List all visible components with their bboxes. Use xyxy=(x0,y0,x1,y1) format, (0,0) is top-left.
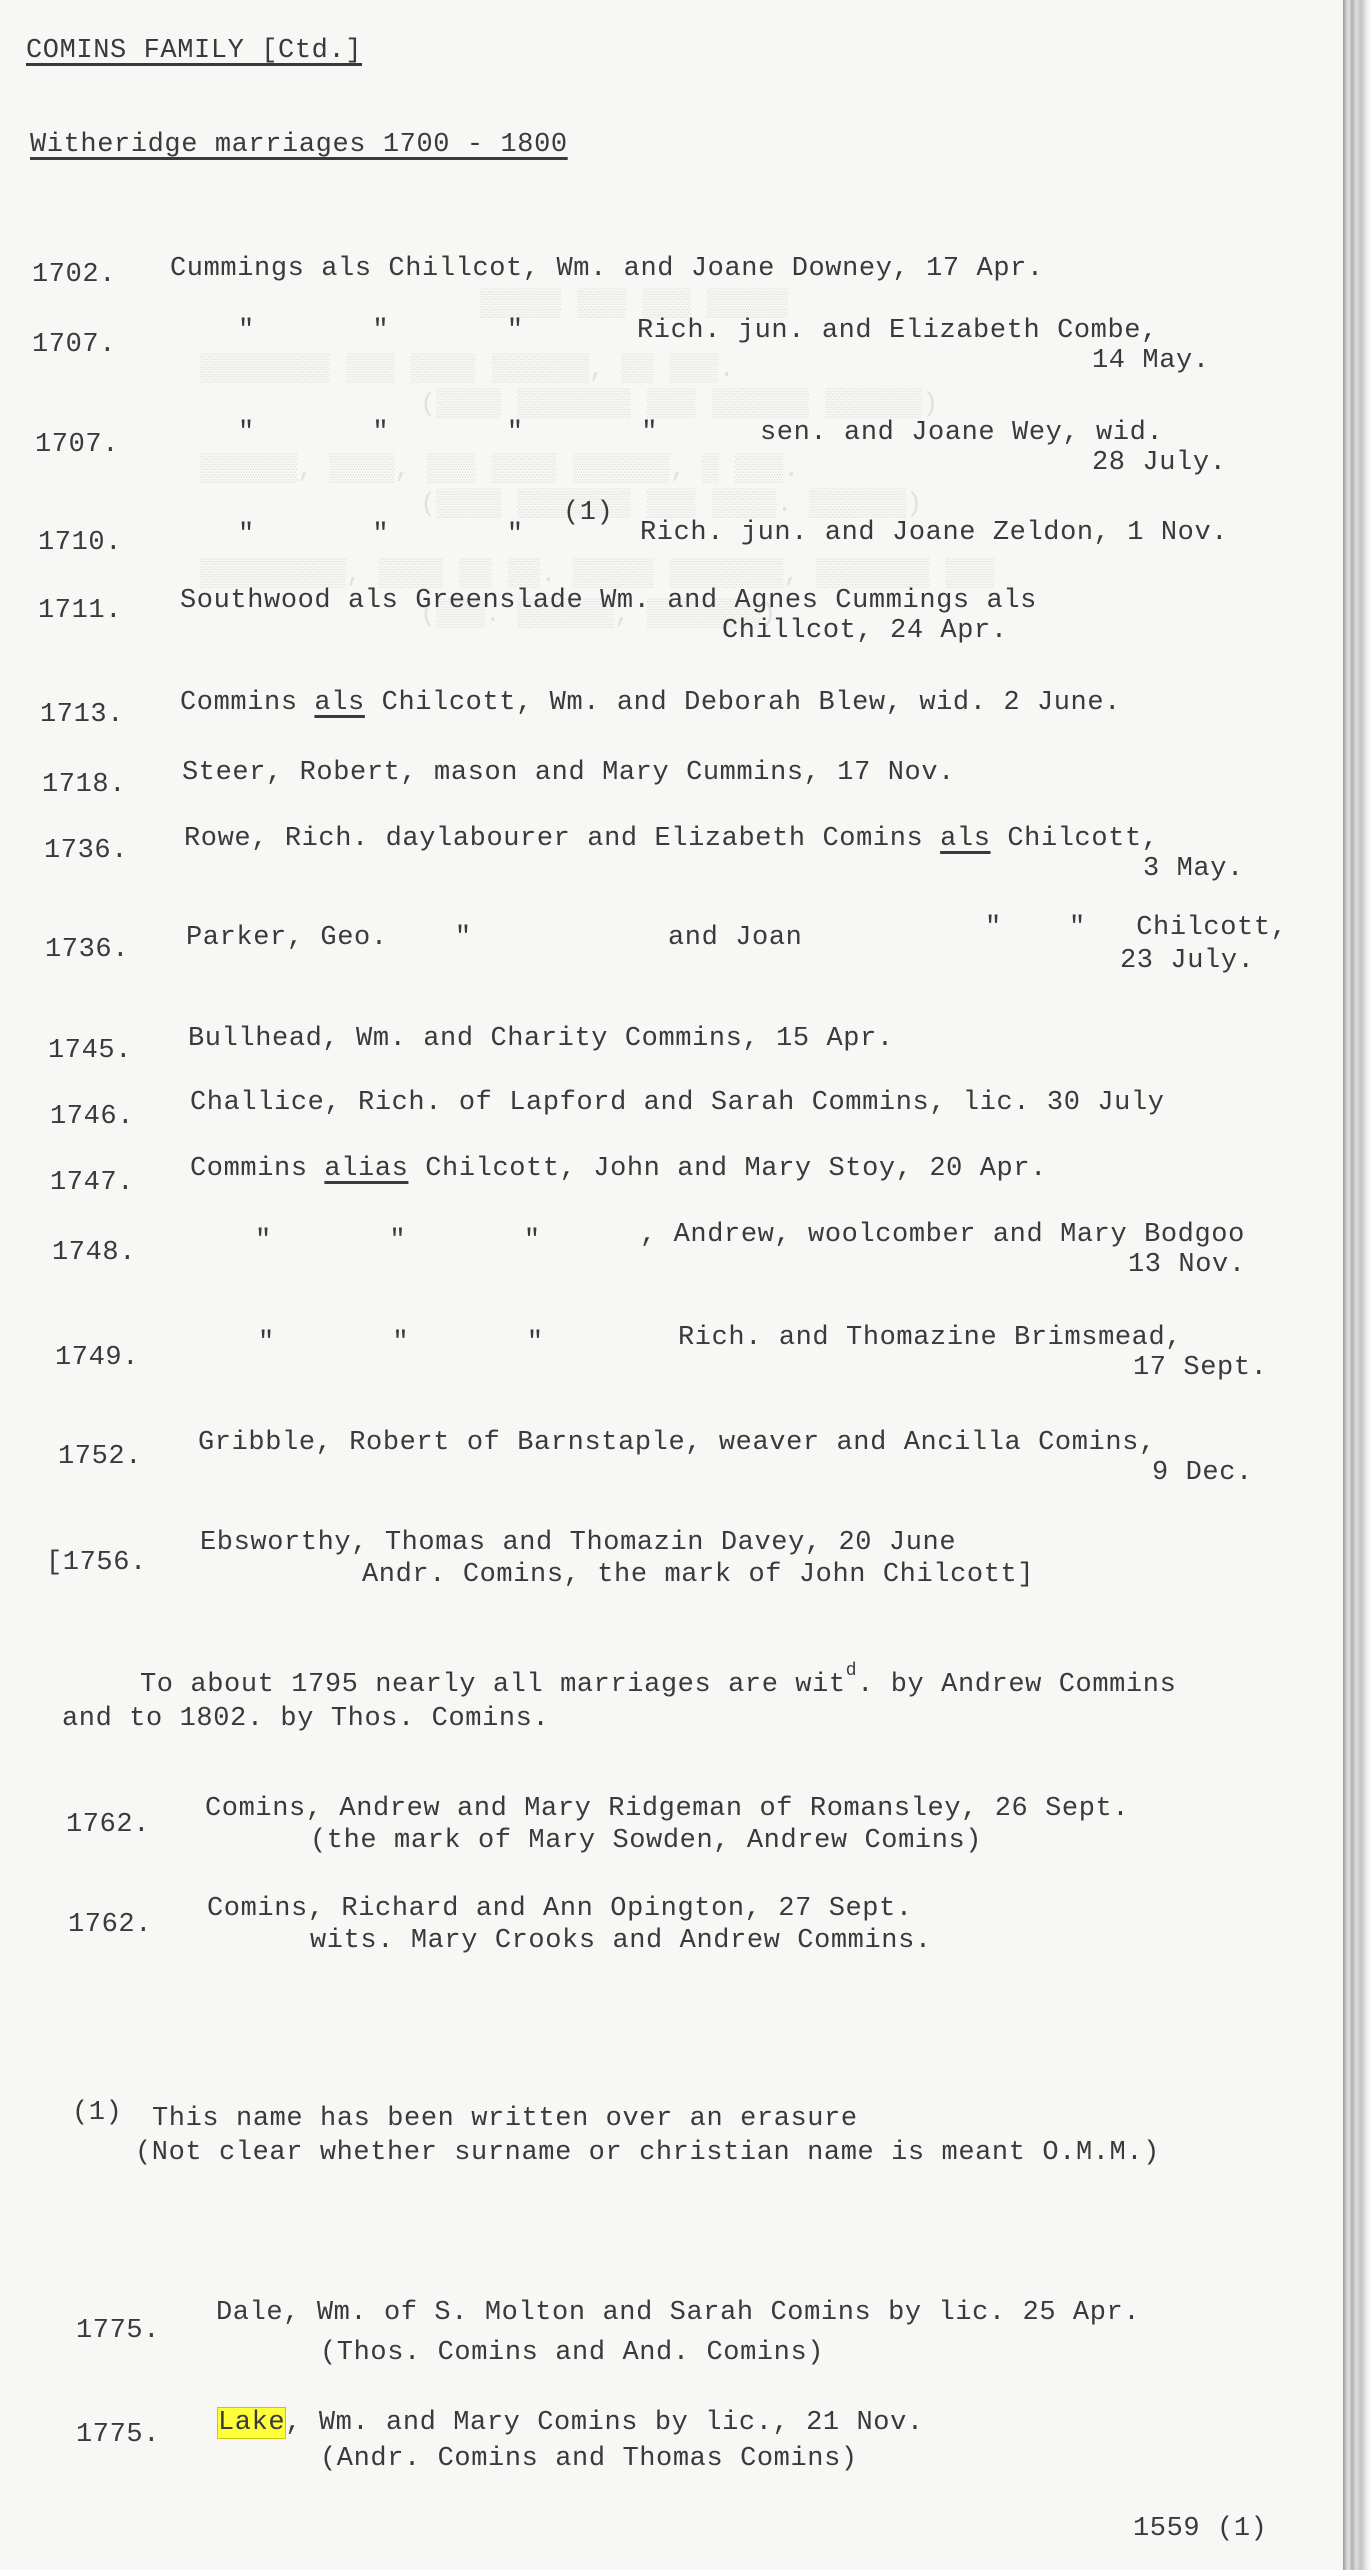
entry-text: and Joan xyxy=(668,925,802,952)
entry-text: Challice, Rich. of Lapford and Sarah Com… xyxy=(190,1090,1165,1117)
bleed-through: (▒▒▒▒ ▒▒▒▒▒▒▒ ▒▒▒ ▒▒▒▒▒▒ ▒▒▒▒▒▒) xyxy=(420,390,938,420)
page-title: COMINS FAMILY [Ctd.] xyxy=(26,38,362,65)
entry-year: 1707. xyxy=(32,332,116,359)
entry-witnesses: (Andr. Comins and Thomas Comins) xyxy=(320,2446,858,2473)
footnote-line-2: (Not clear whether surname or christian … xyxy=(135,2140,1160,2167)
entry-text: Dale, Wm. of S. Molton and Sarah Comins … xyxy=(216,2300,1140,2327)
entry-year: 1752. xyxy=(58,1444,142,1471)
ditto-marks: " " " xyxy=(238,318,524,345)
bleed-through: ▒▒▒▒▒▒▒▒ ▒▒▒ ▒▒▒▒ ▒▒▒▒▒▒, ▒▒ ▒▒▒. xyxy=(200,355,735,385)
entry-text-continued: Andr. Comins, the mark of John Chilcott] xyxy=(362,1562,1034,1589)
ditto-marks: " " " xyxy=(255,1228,541,1255)
entry-text: Rowe, Rich. daylabourer and Elizabeth Co… xyxy=(184,826,1159,853)
entry-year: 1718. xyxy=(42,772,126,799)
entry-year: 1713. xyxy=(40,702,124,729)
entry-text: Southwood als Greenslade Wm. and Agnes C… xyxy=(180,588,1037,615)
entry-year: 1702. xyxy=(32,262,116,289)
entry-witnesses: wits. Mary Crooks and Andrew Commins. xyxy=(310,1928,932,1955)
entry-text: Gribble, Robert of Barnstaple, weaver an… xyxy=(198,1430,1156,1457)
entry-year: [1756. xyxy=(46,1550,147,1577)
entry-text: , Andrew, woolcomber and Mary Bodgoo xyxy=(640,1222,1245,1249)
entry-date: 28 July. xyxy=(1092,450,1226,477)
entry-witnesses: (the mark of Mary Sowden, Andrew Comins) xyxy=(310,1828,982,1855)
entry-year: 1707. xyxy=(35,432,119,459)
entry-year: 1762. xyxy=(66,1812,150,1839)
bleed-through: (▒▒▒▒ ▒▒▒▒▒▒▒ ▒▒▒ ▒▒▒▒. ▒▒▒▒▒▒) xyxy=(420,490,922,520)
entry-year: 1745. xyxy=(48,1038,132,1065)
entry-date: 23 July. xyxy=(1120,948,1254,975)
footnote-ref: (1) xyxy=(563,500,613,527)
entry-text: Bullhead, Wm. and Charity Commins, 15 Ap… xyxy=(188,1026,894,1053)
page-number: 1559 (1) xyxy=(1133,2516,1267,2543)
entry-year: 1762. xyxy=(68,1912,152,1939)
entry-year: 1749. xyxy=(55,1345,139,1372)
ditto-marks: " " " xyxy=(258,1330,544,1357)
footnote-marker: (1) xyxy=(72,2100,122,2127)
entry-text: Comins, Andrew and Mary Ridgeman of Roma… xyxy=(205,1796,1129,1823)
entry-year: 1747. xyxy=(50,1170,134,1197)
entry-year: 1736. xyxy=(45,937,129,964)
entry-text: Rich. jun. and Elizabeth Combe, xyxy=(637,318,1158,345)
entry-year: 1711. xyxy=(38,598,122,625)
entry-text: Ebsworthy, Thomas and Thomazin Davey, 20… xyxy=(200,1530,956,1557)
entry-text: Comins, Richard and Ann Opington, 27 Sep… xyxy=(207,1896,913,1923)
bleed-through: ▒▒▒▒▒▒, ▒▒▒▒, ▒▒▒ ▒▒▒▒ ▒▒▒▒▒▒, ▒ ▒▒▒. xyxy=(200,455,800,485)
entry-year: 1775. xyxy=(76,2318,160,2345)
note-line-2: and to 1802. by Thos. Comins. xyxy=(62,1706,549,1733)
entry-text: Cummings als Chillcot, Wm. and Joane Dow… xyxy=(170,256,1044,283)
entry-text: Parker, Geo. " xyxy=(186,925,472,952)
note-line-1: To about 1795 nearly all marriages are w… xyxy=(140,1672,1176,1699)
entry-text: Rich. jun. and Joane Zeldon, 1 Nov. xyxy=(640,520,1228,547)
entry-text: Commins als Chilcott, Wm. and Deborah Bl… xyxy=(180,690,1121,717)
entry-text: Steer, Robert, mason and Mary Cummins, 1… xyxy=(182,760,955,787)
entry-date: 3 May. xyxy=(1143,856,1244,883)
entry-date: 17 Sept. xyxy=(1133,1355,1267,1382)
entry-year: 1736. xyxy=(44,838,128,865)
entry-text: Commins alias Chilcott, John and Mary St… xyxy=(190,1156,1047,1183)
entry-year: 1748. xyxy=(52,1240,136,1267)
entry-text: " " Chilcott, xyxy=(985,915,1287,942)
entry-date: 9 Dec. xyxy=(1152,1460,1253,1487)
entry-text: sen. and Joane Wey, wid. xyxy=(760,420,1163,447)
entry-date: Chillcot, 24 Apr. xyxy=(722,618,1008,645)
entry-witnesses: (Thos. Comins and And. Comins) xyxy=(320,2340,824,2367)
entry-date: 14 May. xyxy=(1092,348,1210,375)
section-heading: Witheridge marriages 1700 - 1800 xyxy=(30,132,568,159)
page-edge xyxy=(1343,0,1371,2570)
entry-text: Lake, Wm. and Mary Comins by lic., 21 No… xyxy=(218,2410,924,2437)
entry-year: 1746. xyxy=(50,1104,134,1131)
entry-text: Rich. and Thomazine Brimsmead, xyxy=(678,1325,1182,1352)
ditto-marks: " " " xyxy=(238,522,524,549)
entry-year: 1775. xyxy=(76,2422,160,2449)
entry-year: 1710. xyxy=(38,530,122,557)
footnote-line-1: This name has been written over an erasu… xyxy=(152,2106,858,2133)
ditto-marks: " " " " xyxy=(238,420,658,447)
entry-date: 13 Nov. xyxy=(1128,1252,1246,1279)
document-page: ▒▒▒▒▒ ▒▒▒ ▒▒▒ ▒▒▒▒▒ ▒▒▒▒▒▒▒▒ ▒▒▒ ▒▒▒▒ ▒▒… xyxy=(0,0,1343,2570)
highlighted-surname: Lake xyxy=(218,2408,285,2438)
